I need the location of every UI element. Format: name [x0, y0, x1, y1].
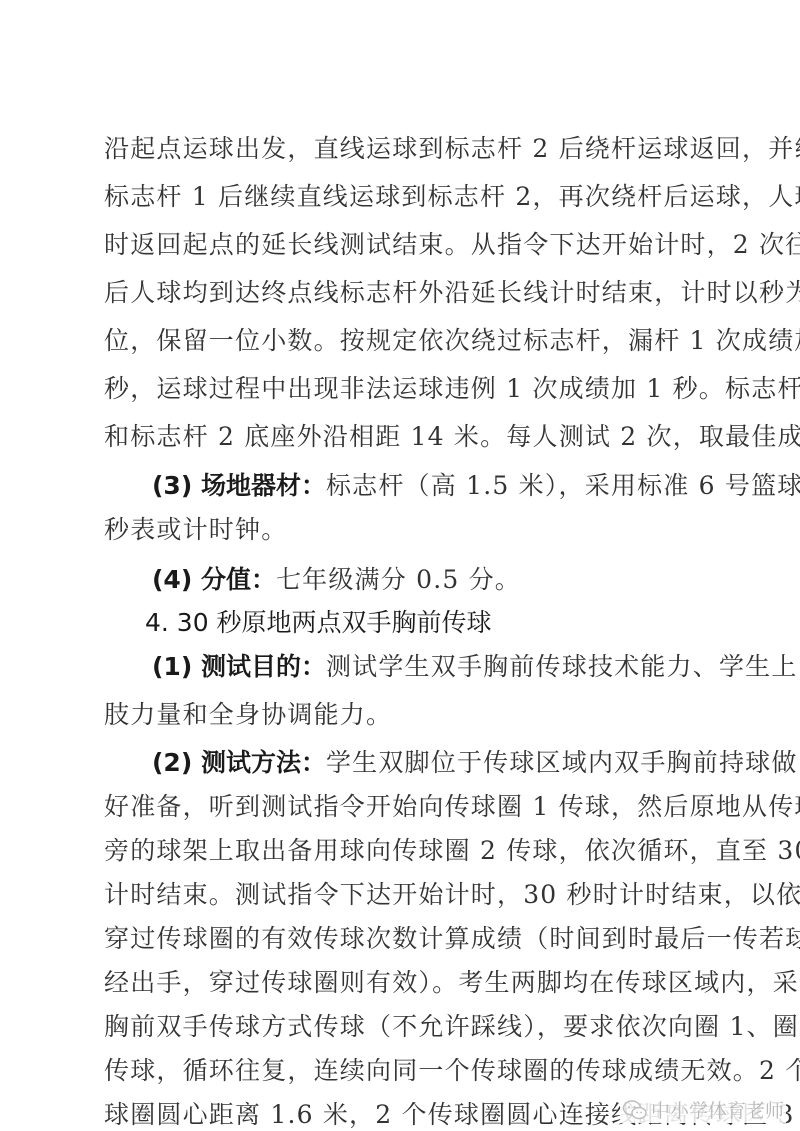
paragraph-line: 和标志杆 2 底座外沿相距 14 米。每人测试 2 次，取最佳成绩。 — [104, 422, 704, 452]
paragraph-line: 沿起点运球出发，直线运球到标志杆 2 后绕杆运球返回，并绕过 — [104, 134, 702, 164]
item-label: (3) 场地器材： — [152, 471, 326, 500]
paragraph-line: 时返回起点的延长线测试结束。从指令下达开始计时，2 次往返 — [104, 230, 702, 260]
paragraph-line: 计时结束。测试指令下达开始计时，30 秒时计时结束，以依次 — [104, 880, 702, 910]
item-text: 测试学生双手胸前传球技术能力、学生上 — [326, 652, 798, 681]
item-label: (4) 分值： — [152, 565, 276, 594]
item-text: 学生双脚位于传球区域内双手胸前持球做 — [326, 748, 798, 777]
paragraph-line: 经出手，穿过传球圈则有效）。考生两脚均在传球区域内，采用 — [104, 968, 702, 998]
paragraph-line: 传球，循环往复，连续向同一个传球圈的传球成绩无效。2 个传 — [104, 1056, 702, 1086]
paragraph-line: 穿过传球圈的有效传球次数计算成绩（时间到时最后一传若球已 — [104, 924, 702, 954]
item-method: (2) 测试方法：学生双脚位于传球区域内双手胸前持球做 — [152, 748, 702, 778]
paragraph-line: 位，保留一位小数。按规定依次绕过标志杆，漏杆 1 次成绩加 2 — [104, 326, 702, 356]
item-equipment: (3) 场地器材：标志杆（高 1.5 米），采用标准 6 号篮球， — [152, 471, 702, 501]
paragraph-line: 好准备，听到测试指令开始向传球圈 1 传球，然后原地从传球区 — [104, 792, 702, 822]
paragraph-line: 旁的球架上取出备用球向传球圈 2 传球，依次循环，直至 30 秒 — [104, 836, 702, 866]
item-text: 七年级满分 0.5 分。 — [276, 565, 521, 594]
paragraph-line: 标志杆 1 后继续直线运球到标志杆 2，再次绕杆后运球，人球同 — [104, 182, 702, 212]
item-label: (2) 测试方法： — [152, 748, 326, 777]
item-label: (1) 测试目的： — [152, 652, 326, 681]
item-text: 标志杆（高 1.5 米），采用标准 6 号篮球， — [326, 471, 800, 500]
paragraph-line: 肢力量和全身协调能力。 — [104, 700, 704, 730]
watermark-badge: 中小学体育老师 — [620, 1096, 786, 1123]
item-score: (4) 分值：七年级满分 0.5 分。 — [152, 565, 752, 595]
item-purpose: (1) 测试目的：测试学生双手胸前传球技术能力、学生上 — [152, 652, 702, 682]
wechat-icon — [622, 1099, 648, 1121]
watermark-text: 中小学体育老师 — [651, 1096, 784, 1123]
document-page: 沿起点运球出发，直线运球到标志杆 2 后绕杆运球返回，并绕过 标志杆 1 后继续… — [0, 0, 800, 1131]
paragraph-line: 秒，运球过程中出现非法运球违例 1 次成绩加 1 秒。标志杆 1 — [104, 374, 702, 404]
paragraph-line: 后人球均到达终点线标志杆外沿延长线计时结束，计时以秒为单 — [104, 278, 702, 308]
paragraph-line: 胸前双手传球方式传球（不允许踩线），要求依次向圈 1、圈 2 — [104, 1012, 702, 1042]
section-heading: 4. 30 秒原地两点双手胸前传球 — [145, 608, 745, 638]
paragraph-line: 秒表或计时钟。 — [104, 515, 704, 545]
paragraph-line: 球圈圆心距离 1.6 米，2 个传球圈圆心连接线距离传球区 3 米。 — [104, 1100, 702, 1130]
